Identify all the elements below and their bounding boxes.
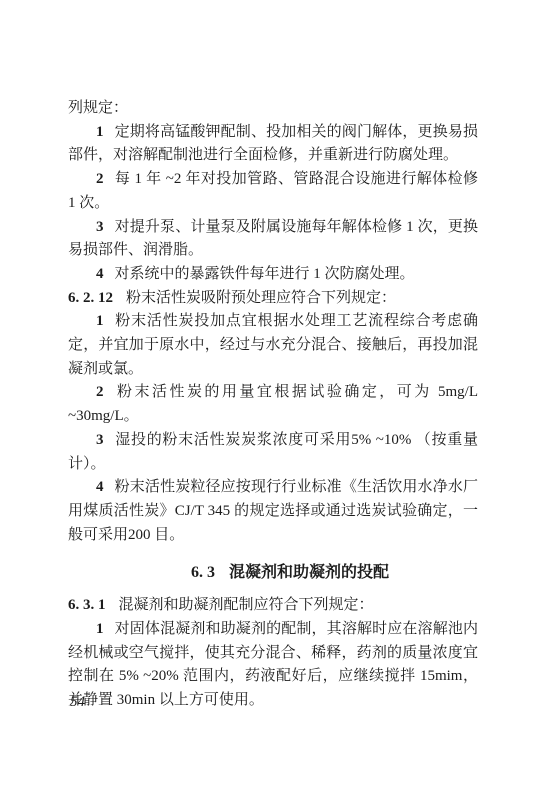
item-text: 粉末活性炭投加点宜根据水处理工艺流程综合考虑确定，并宜加于原水中，经过与水充分混… <box>68 313 478 376</box>
list-item-3: 3对提升泵、计量泵及附属设施每年解体检修 1 次，更换易损部件、润滑脂。 <box>68 216 478 263</box>
clause-text: 粉末活性炭吸附预处理应符合下列规定： <box>126 290 396 306</box>
clause-6-2-12: 6. 2. 12粉末活性炭吸附预处理应符合下列规定： <box>68 287 478 311</box>
page-number: 54 <box>70 691 85 714</box>
item-text: 定期将高锰酸钾配制、投加相关的阀门解体，更换易损部件，对溶解配制池进行全面检修，… <box>68 124 478 164</box>
paragraph-continuation: 列规定： <box>68 97 478 121</box>
item-text: 对提升泵、计量泵及附属设施每年解体检修 1 次，更换易损部件、润滑脂。 <box>68 219 478 259</box>
item-number: 1 <box>96 124 104 140</box>
item-text: 对系统中的暴露铁件每年进行 1 次防腐处理。 <box>115 266 415 282</box>
section-title: 混凝剂和助凝剂的投配 <box>229 564 389 581</box>
item-number: 4 <box>96 266 104 282</box>
list-item-4: 4对系统中的暴露铁件每年进行 1 次防腐处理。 <box>68 263 478 287</box>
document-page: 列规定： 1定期将高锰酸钾配制、投加相关的阀门解体，更换易损部件，对溶解配制池进… <box>0 0 551 789</box>
item-number: 2 <box>96 384 104 400</box>
item-text: 湿投的粉末活性炭炭浆浓度可采用5% ~10% （按重量计）。 <box>68 432 478 472</box>
list-item-1: 1定期将高锰酸钾配制、投加相关的阀门解体，更换易损部件，对溶解配制池进行全面检修… <box>68 121 478 168</box>
item-text: 对固体混凝剂和助凝剂的配制，其溶解时应在溶解池内经机械或空气搅拌，使其充分混合、… <box>68 621 478 708</box>
list-item-1: 1对固体混凝剂和助凝剂的配制，其溶解时应在溶解池内经机械或空气搅拌，使其充分混合… <box>68 618 478 713</box>
item-number: 3 <box>96 432 104 448</box>
list-item-1: 1粉末活性炭投加点宜根据水处理工艺流程综合考虑确定，并宜加于原水中，经过与水充分… <box>68 310 478 381</box>
item-number: 1 <box>96 313 104 329</box>
clause-text: 混凝剂和助凝剂配制应符合下列规定： <box>119 597 374 613</box>
clause-number: 6. 2. 12 <box>68 290 113 306</box>
clause-6-3-1: 6. 3. 1混凝剂和助凝剂配制应符合下列规定： <box>68 594 478 618</box>
item-text: 每 1 年 ~2 年对投加管路、管路混合设施进行解体检修 1 次。 <box>68 171 478 211</box>
item-number: 4 <box>96 479 104 495</box>
clause-number: 6. 3. 1 <box>68 597 106 613</box>
paragraph-text: 列规定： <box>68 100 128 116</box>
page-body: 列规定： 1定期将高锰酸钾配制、投加相关的阀门解体，更换易损部件，对溶解配制池进… <box>68 97 478 713</box>
item-number: 1 <box>96 621 104 637</box>
list-item-3: 3湿投的粉末活性炭炭浆浓度可采用5% ~10% （按重量计）。 <box>68 429 478 476</box>
item-number: 3 <box>96 219 104 235</box>
list-item-2: 2每 1 年 ~2 年对投加管路、管路混合设施进行解体检修 1 次。 <box>68 168 478 215</box>
item-text: 粉末活性炭的用量宜根据试验确定，可为 5mg/L ~30mg/L。 <box>68 384 478 424</box>
section-heading-6-3: 6. 3混凝剂和助凝剂的投配 <box>68 561 478 585</box>
item-number: 2 <box>96 171 104 187</box>
list-item-4: 4粉末活性炭粒径应按现行行业标准《生活饮用水净水厂用煤质活性炭》CJ/T 345… <box>68 476 478 547</box>
section-number: 6. 3 <box>191 564 215 581</box>
item-text: 粉末活性炭粒径应按现行行业标准《生活饮用水净水厂用煤质活性炭》CJ/T 345 … <box>68 479 478 542</box>
list-item-2: 2粉末活性炭的用量宜根据试验确定，可为 5mg/L ~30mg/L。 <box>68 381 478 428</box>
